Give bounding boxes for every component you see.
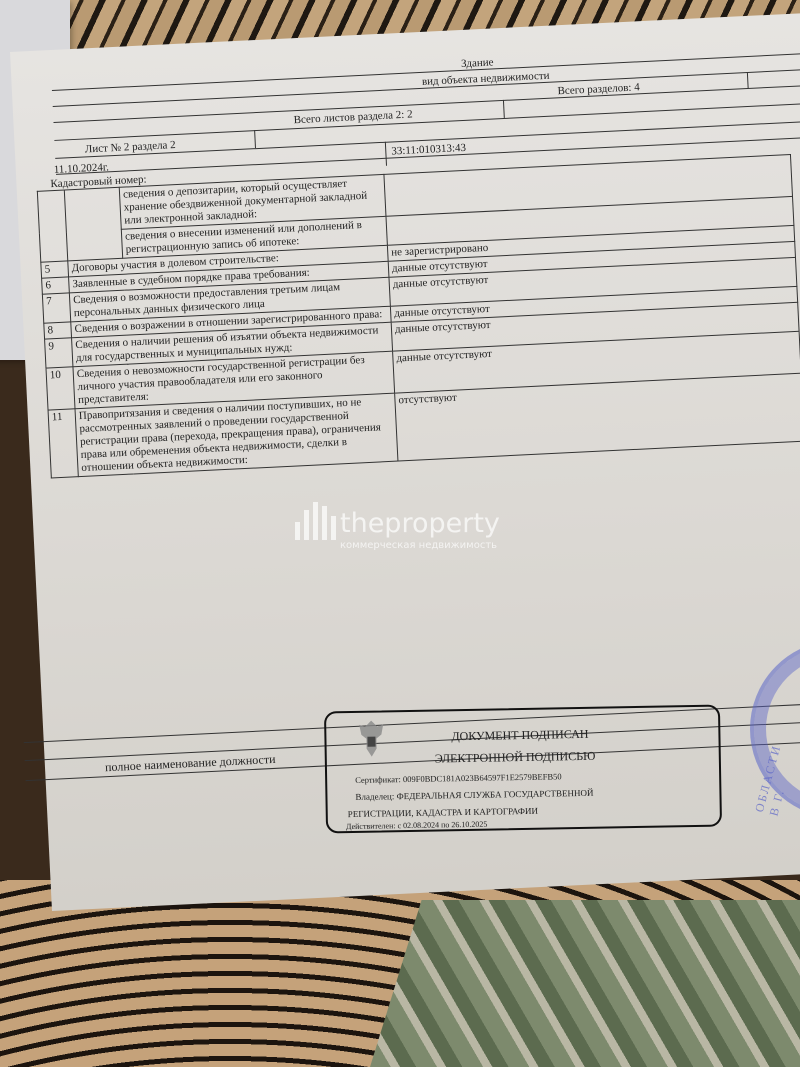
row-label: Правопритязания и сведения о наличии пос… <box>75 393 398 477</box>
divider <box>254 130 256 148</box>
background-green-cloth <box>370 900 800 1067</box>
row-number: 8 <box>44 322 72 339</box>
divider <box>747 72 749 88</box>
object-type-value: Здание <box>461 56 494 70</box>
coat-of-arms-icon <box>356 718 387 761</box>
electronic-signature-stamp: ДОКУМЕНТ ПОДПИСАН ЭЛЕКТРОННОЙ ПОДПИСЬЮ С… <box>324 705 722 834</box>
stamp-subtitle: ЭЛЕКТРОННОЙ ПОДПИСЬЮ <box>435 749 596 767</box>
row-number: 6 <box>42 277 70 294</box>
divider <box>385 142 387 166</box>
row-number: 10 <box>46 367 75 410</box>
stamp-validity: Действителен: с 02.08.2024 по 26.10.2025 <box>346 820 488 831</box>
rule <box>54 101 800 141</box>
row-number: 11 <box>48 409 78 478</box>
watermark-logo-icon <box>295 500 340 540</box>
watermark-brand: theproperty <box>340 508 500 539</box>
row-number: 5 <box>41 261 69 278</box>
rule <box>53 83 800 123</box>
stamp-certificate: Сертификат: 009F0BDC181A023B64597F1E2579… <box>355 771 562 785</box>
divider <box>503 100 505 118</box>
stamp-owner: Владелец: ФЕДЕРАЛЬНАЯ СЛУЖБА ГОСУДАРСТВЕ… <box>355 788 593 802</box>
watermark-tagline: коммерческая недвижимость <box>340 540 497 551</box>
stamp-title: ДОКУМЕНТ ПОДПИСАН <box>451 727 588 744</box>
stamp-owner-2: РЕГИСТРАЦИИ, КАДАСТРА И КАРТОГРАФИИ <box>348 806 538 819</box>
row-number: 9 <box>45 338 73 368</box>
row-number: 7 <box>42 293 70 323</box>
encumbrances-table: сведения о депозитарии, который осуществ… <box>37 154 800 479</box>
